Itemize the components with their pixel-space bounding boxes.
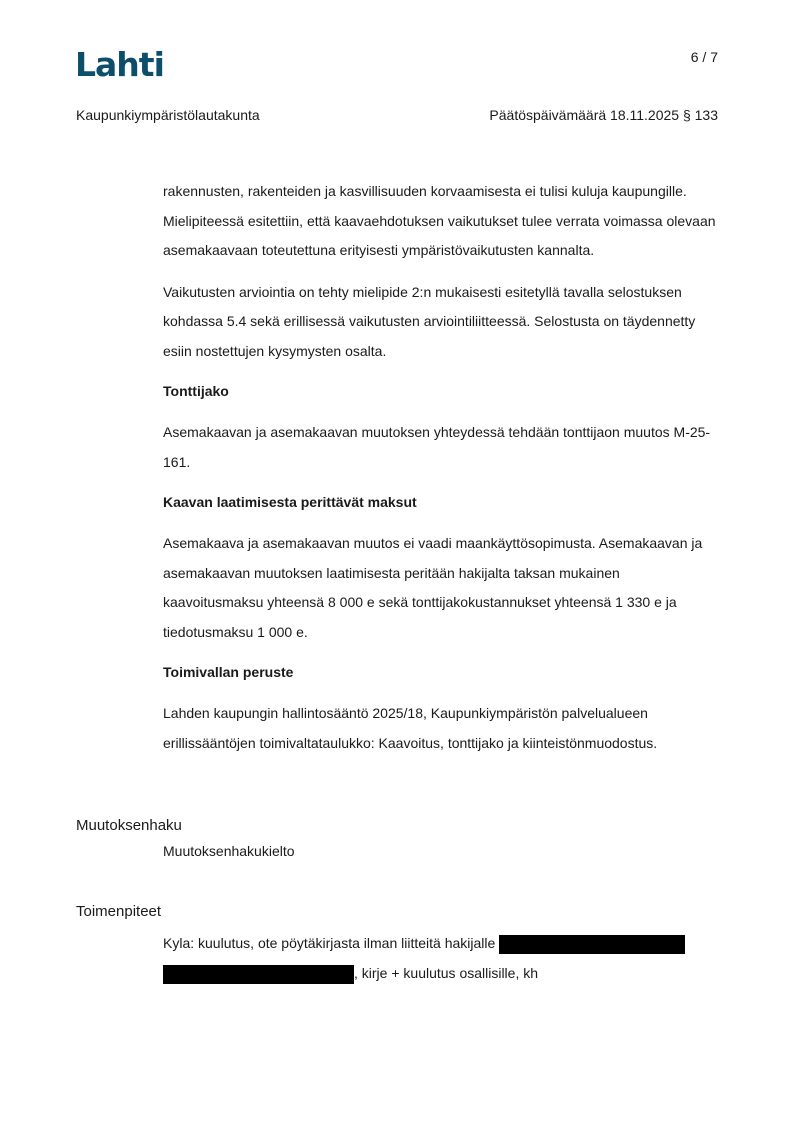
toimenpiteet-label: Toimenpiteet <box>76 903 161 920</box>
paragraph: Asemakaavan ja asemakaavan muutoksen yht… <box>163 418 723 477</box>
redaction-block <box>499 935 685 954</box>
document-body: rakennusten, rakenteiden ja kasvillisuud… <box>163 177 723 770</box>
paragraph: Vaikutusten arviointia on tehty mielipid… <box>163 278 723 367</box>
decision-date: Päätöspäivämäärä 18.11.2025 § 133 <box>489 107 718 123</box>
page-number: 6 / 7 <box>691 49 718 65</box>
toimenpiteet-text: Kyla: kuulutus, ote pöytäkirjasta ilman … <box>163 928 723 988</box>
committee-name: Kaupunkiympäristölautakunta <box>76 107 260 123</box>
paragraph: Lahden kaupungin hallintosääntö 2025/18,… <box>163 699 723 758</box>
paragraph: Asemakaava ja asemakaavan muutos ei vaad… <box>163 529 723 647</box>
redaction-block <box>163 965 354 984</box>
heading-toimivalta: Toimivallan peruste <box>163 659 723 685</box>
toimenpiteet-text-before: Kyla: kuulutus, ote pöytäkirjasta ilman … <box>163 935 495 951</box>
heading-maksut: Kaavan laatimisesta perittävät maksut <box>163 489 723 515</box>
heading-tonttijako: Tonttijako <box>163 378 723 404</box>
toimenpiteet-text-after: , kirje + kuulutus osallisille, kh <box>354 965 538 981</box>
lahti-logo: Lahti <box>75 45 164 85</box>
muutoksenhaku-text: Muutoksenhakukielto <box>163 843 295 859</box>
muutoksenhaku-label: Muutoksenhaku <box>76 817 182 834</box>
paragraph: rakennusten, rakenteiden ja kasvillisuud… <box>163 177 723 266</box>
